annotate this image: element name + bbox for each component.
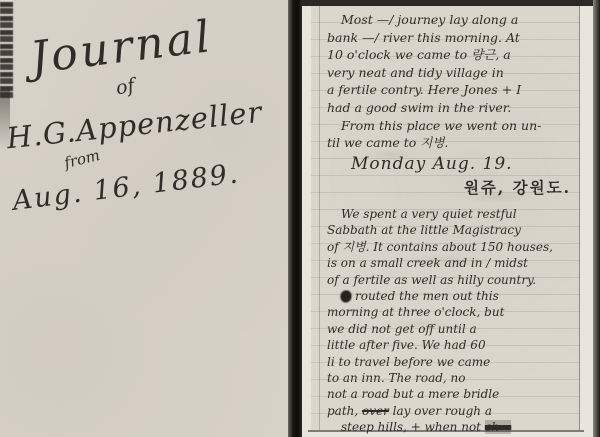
diary-line: morning at three o'clock, but xyxy=(327,304,575,320)
entry-date-heading: Monday Aug. 19. xyxy=(351,154,575,174)
diary-text: lay over rough a xyxy=(389,404,492,418)
book-gutter-shadow xyxy=(288,0,302,437)
diary-line: very neat and tidy village in xyxy=(327,64,575,82)
ruled-margin-line xyxy=(319,6,320,430)
ink-blot xyxy=(341,291,351,302)
diary-line: We spent a very quiet restful xyxy=(327,206,575,222)
entry-location-korean: 원쥬, 강원도. xyxy=(464,176,571,198)
struck-word: ch— xyxy=(485,420,511,434)
journal-photograph: Journal of H.G.Appenzeller from Aug. 16,… xyxy=(0,0,600,437)
diary-line: of 지병. It contains about 150 houses, xyxy=(327,239,575,255)
struck-word: over xyxy=(362,404,389,418)
diary-line-strikethrough: steep hills, + when not ch— xyxy=(327,419,575,435)
diary-line: had a good swim in the river. xyxy=(327,99,575,117)
journal-title-from: from xyxy=(62,146,101,172)
diary-line: a fertile contry. Here Jones + I xyxy=(327,81,575,99)
diary-line: we did not get off until a xyxy=(327,321,575,337)
journal-title: Journal xyxy=(28,11,216,84)
start-date: Aug. 16, 1889. xyxy=(11,158,241,217)
diary-paragraph-aug18: Most —/ journey lay along a bank —/ rive… xyxy=(327,11,575,152)
diary-line: From this place we went on un- xyxy=(327,117,575,135)
diary-line: Sabbath at the little Magistracy xyxy=(327,222,575,238)
diary-line: little after five. We had 60 xyxy=(327,337,575,353)
diary-line: of a fertile as well as hilly country. xyxy=(327,272,575,288)
right-page: Most —/ journey lay along a bank —/ rive… xyxy=(311,6,580,430)
diary-line: Most —/ journey lay along a xyxy=(327,11,575,29)
diary-text: steep hills, + when not xyxy=(341,420,485,434)
left-page: Journal of H.G.Appenzeller from Aug. 16,… xyxy=(0,0,289,437)
diary-line: to an inn. The road, no xyxy=(327,370,575,386)
right-page-photo: Most —/ journey lay along a bank —/ rive… xyxy=(302,0,600,437)
diary-line: routed the men out this xyxy=(355,289,499,303)
diary-line: til we came to 지병. xyxy=(327,134,575,152)
diary-text: path, xyxy=(327,404,362,418)
journal-title-of: of xyxy=(114,75,136,100)
diary-line-with-blot: routed the men out this xyxy=(327,288,575,304)
author-name: H.G.Appenzeller xyxy=(5,95,264,156)
diary-line: bank —/ river this morning. At xyxy=(327,29,575,47)
page-bottom-rule xyxy=(308,430,584,432)
diary-paragraph-aug19: We spent a very quiet restful Sabbath at… xyxy=(327,206,575,436)
diary-line: is on a small creek and in / midst xyxy=(327,255,575,271)
photo-right-edge xyxy=(593,0,600,437)
diary-line: 10 o'clock we came to 량근, a xyxy=(327,46,575,64)
film-scratch-edge xyxy=(0,0,13,100)
diary-line-strikethrough: path, over lay over rough a xyxy=(327,403,575,419)
diary-line: li to travel before we came xyxy=(327,354,575,370)
diary-line: not a road but a mere bridle xyxy=(327,386,575,402)
